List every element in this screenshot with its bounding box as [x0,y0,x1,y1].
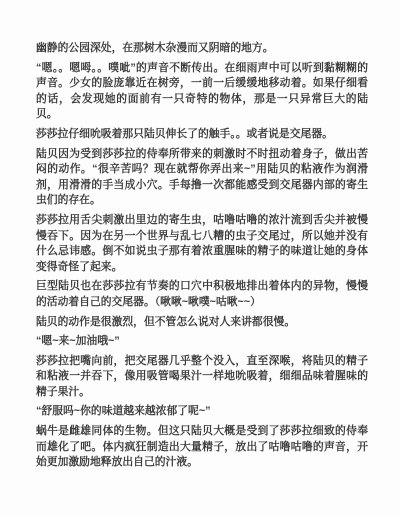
paragraph-1: 幽静的公园深处，在那树木杂漫而又阴暗的地方。 [36,41,368,57]
paragraph-10: “舒服吗~你的味道越来越浓郁了呢~” [36,404,368,420]
paragraph-5: 莎莎拉用舌尖刺激出里边的寄生虫，咕噜咕噜的浓汁流到舌尖并被慢慢吞下。因为在另一个… [36,213,368,275]
paragraph-7: 陆贝的动作是很激烈，但不管怎么说对人来讲都很慢。 [36,315,368,331]
document-page: 幽静的公园深处，在那树木杂漫而又阴暗的地方。“嗯。。嗯呣。。噗呲”的声音不断传出… [0,0,400,517]
paragraph-8: “嗯~来~加油哦~” [36,334,368,350]
paragraph-9: 莎莎拉把嘴向前，把交尾器几乎整个没入，直至深喉，将陆贝的精子和粘液一并吞下，像用… [36,354,368,401]
paragraph-6: 巨型陆贝也在莎莎拉有节奏的口穴中积极地排出着体内的异物，慢慢的活动着自己的交尾器… [36,279,368,310]
paragraph-2: “嗯。。嗯呣。。噗呲”的声音不断传出。在细雨声中可以听到黏糊糊的声音。少女的脸庞… [36,61,368,123]
paragraph-3: 莎莎拉仔细吮吸着那只陆贝伸长了的触手。。或者说是交尾器。 [36,127,368,143]
paragraph-11: 蜗牛是雌雄同体的生物。但这只陆贝大概是受到了莎莎拉细致的侍奉而雄化了吧。体内疯狂… [36,424,368,471]
paragraph-4: 陆贝因为受到莎莎拉的侍奉所带来的刺激时不时扭动着身子，做出苦闷的动作。“很辛苦吗… [36,147,368,209]
text-content: 幽静的公园深处，在那树木杂漫而又阴暗的地方。“嗯。。嗯呣。。噗呲”的声音不断传出… [36,41,368,471]
